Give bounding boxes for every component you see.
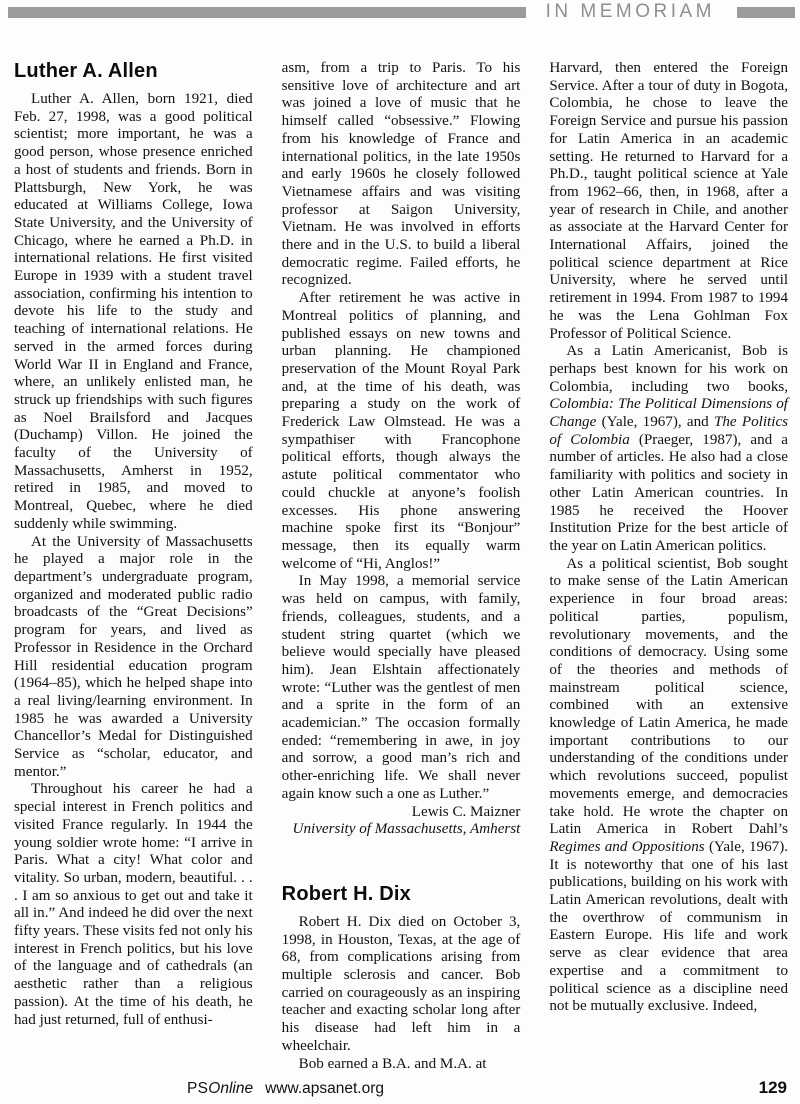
paragraph: Harvard, then entered the Foreign Servic… (549, 60, 788, 343)
text-run: University of Massachusetts, Amherst (293, 821, 521, 837)
affiliation: University of Massachusetts, Amherst (282, 821, 521, 839)
journal-url: www.apsanet.org (265, 1080, 384, 1097)
text-run: Robert H. Dix died on October 3, 1998, i… (282, 914, 521, 1054)
paragraph: As a Latin Americanist, Bob is perhaps b… (549, 343, 788, 555)
book-title: Regimes and Oppositions (549, 839, 704, 855)
page-number: 129 (759, 1078, 787, 1098)
paragraph: asm, from a trip to Paris. To his sensit… (282, 60, 521, 290)
text-run: Luther A. Allen, born 1921, died Feb. 27… (14, 91, 253, 532)
journal-name-ps: PS (187, 1080, 208, 1097)
page-footer: PSOnlinewww.apsanet.org 129 (0, 1080, 800, 1100)
paragraph: Luther A. Allen, born 1921, died Feb. 27… (14, 91, 253, 534)
text-column-3: Harvard, then entered the Foreign Servic… (549, 60, 788, 1073)
header-rule-right (737, 7, 795, 18)
text-run: In May 1998, a memorial service was held… (282, 573, 521, 801)
section-title: IN MEMORIAM (546, 3, 715, 21)
text-run: At the University of Massachusetts he pl… (14, 534, 253, 780)
text-run: Harvard, then entered the Foreign Servic… (549, 60, 788, 342)
paragraph: At the University of Massachusetts he pl… (14, 534, 253, 782)
text-run: Bob earned a B.A. and M.A. at (299, 1056, 487, 1072)
text-run: Throughout his career he had a special i… (14, 781, 253, 1027)
text-run: As a Latin Americanist, Bob is perhaps b… (549, 343, 788, 394)
text-run: asm, from a trip to Paris. To his sensit… (282, 60, 521, 288)
text-run: (Yale, 1967), and (596, 414, 714, 430)
paragraph: As a political scientist, Bob sought to … (549, 556, 788, 1016)
header-rule-left (8, 7, 526, 18)
article-title: Luther A. Allen (14, 60, 253, 82)
paragraph: In May 1998, a memorial service was held… (282, 573, 521, 803)
text-column-2: asm, from a trip to Paris. To his sensit… (282, 60, 521, 1073)
journal-page: IN MEMORIAM Luther A. AllenLuther A. All… (0, 0, 800, 1104)
text-run: (Yale, 1967). It is noteworthy that one … (549, 839, 788, 1014)
journal-name-online: Online (208, 1080, 253, 1097)
paragraph: Robert H. Dix died on October 3, 1998, i… (282, 914, 521, 1056)
text-run: Lewis C. Maizner (412, 804, 521, 820)
text-run: (Praeger, 1987), and a number of article… (549, 432, 788, 554)
journal-imprint: PSOnlinewww.apsanet.org (187, 1080, 384, 1098)
text-run: As a political scientist, Bob sought to … (549, 556, 788, 838)
article-columns: Luther A. AllenLuther A. Allen, born 192… (14, 60, 788, 1073)
text-column-1: Luther A. AllenLuther A. Allen, born 192… (14, 60, 253, 1073)
page-header: IN MEMORIAM (8, 3, 795, 21)
paragraph: After retirement he was active in Montre… (282, 290, 521, 573)
article-title: Robert H. Dix (282, 883, 521, 905)
paragraph: Bob earned a B.A. and M.A. at (282, 1056, 521, 1074)
text-run: After retirement he was active in Montre… (282, 290, 521, 572)
paragraph: Throughout his career he had a special i… (14, 781, 253, 1029)
signature: Lewis C. Maizner (282, 804, 521, 822)
